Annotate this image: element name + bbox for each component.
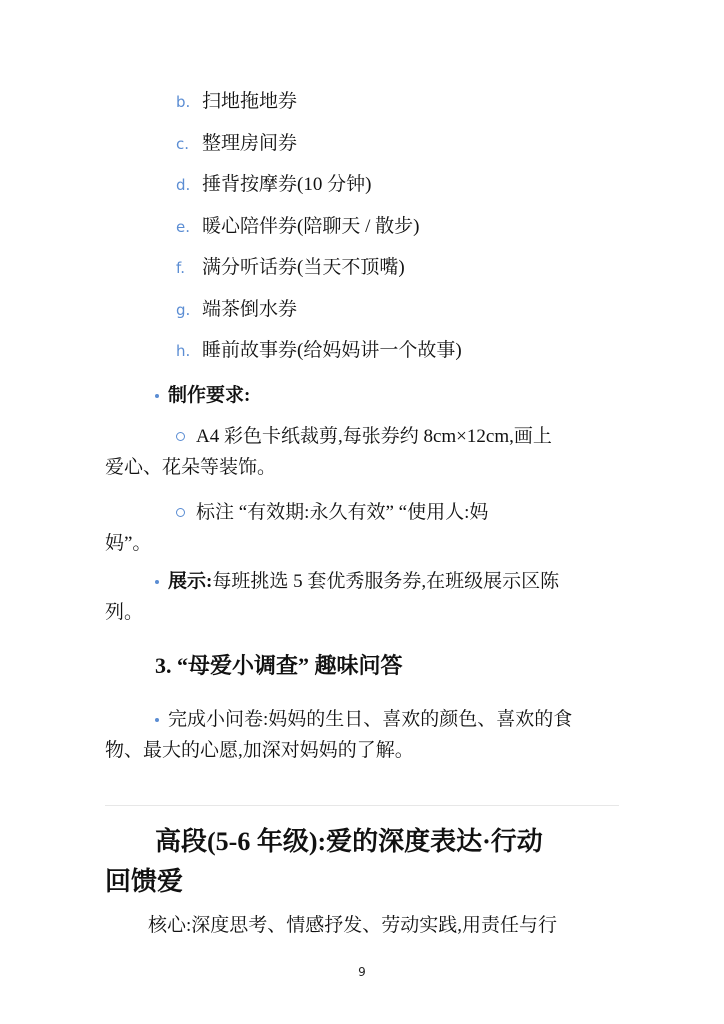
survey-bullet-line1: 完成小问卷:妈妈的生日、喜欢的颜色、喜欢的食	[155, 704, 619, 735]
display-bullet-line1: 展示:每班挑选 5 套优秀服务券,在班级展示区陈	[155, 566, 619, 597]
display-bullet-label: 展示:	[168, 571, 212, 592]
requirement-item-line1: A4 彩色卡纸裁剪,每张券约 8cm×12cm,画上	[176, 421, 619, 452]
list-item-text: 扫地拖地券	[202, 91, 297, 112]
list-item-text: 暖心陪伴券(陪聊天 / 散步)	[202, 216, 419, 237]
section-3-heading: 3. “母爱小调查” 趣味问答	[155, 649, 619, 683]
list-item-e: e.暖心陪伴券(陪聊天 / 散步)	[176, 211, 619, 243]
bullet-dot-icon	[155, 394, 159, 398]
list-item-text: 睡前故事券(给妈妈讲一个故事)	[202, 340, 462, 361]
list-item-b: b.扫地拖地券	[176, 86, 619, 118]
requirement-item-label: 标注 “有效期:永久有效” “使用人:妈 妈”。	[105, 497, 619, 559]
survey-bullet-text: 完成小问卷:妈妈的生日、喜欢的颜色、喜欢的食	[168, 709, 572, 730]
document-page: b.扫地拖地券 c.整理房间券 d.捶背按摩券(10 分钟) e.暖心陪伴券(陪…	[0, 0, 724, 1024]
list-marker-c: c.	[176, 129, 202, 160]
core-paragraph: 核心:深度思考、情感抒发、劳动实践,用责任与行	[148, 910, 619, 941]
requirement-item-card: A4 彩色卡纸裁剪,每张券约 8cm×12cm,画上 爱心、花朵等装饰。	[105, 421, 619, 483]
survey-bullet-item: 完成小问卷:妈妈的生日、喜欢的颜色、喜欢的食 物、最大的心愿,加深对妈妈的了解。	[105, 704, 619, 766]
section-divider	[105, 805, 619, 806]
requirement-item-line2: 爱心、花朵等装饰。	[105, 452, 619, 483]
page-number: 9	[0, 965, 724, 979]
bullet-dot-icon	[155, 718, 159, 722]
list-item-c: c.整理房间券	[176, 128, 619, 160]
requirement-item-line1: 标注 “有效期:永久有效” “使用人:妈	[176, 497, 619, 528]
circle-bullet-icon	[176, 432, 185, 441]
list-marker-d: d.	[176, 170, 202, 201]
list-marker-e: e.	[176, 212, 202, 243]
requirement-item-line2: 妈”。	[105, 528, 619, 559]
list-marker-f: f.	[176, 253, 202, 284]
display-bullet-line2: 列。	[105, 597, 619, 628]
circle-bullet-icon	[176, 508, 185, 517]
list-item-text: 整理房间券	[202, 133, 297, 154]
requirement-text: A4 彩色卡纸裁剪,每张券约 8cm×12cm,画上	[196, 426, 552, 447]
survey-bullet-line2: 物、最大的心愿,加深对妈妈的了解。	[105, 735, 619, 766]
list-item-text: 捶背按摩券(10 分钟)	[202, 174, 371, 195]
list-item-text: 端茶倒水券	[202, 299, 297, 320]
senior-grade-heading: 高段(5-6 年级):爱的深度表达·行动 回馈爱	[105, 822, 619, 902]
list-item-text: 满分听话券(当天不顶嘴)	[202, 257, 405, 278]
list-item-g: g.端茶倒水券	[176, 294, 619, 326]
senior-grade-heading-line2: 回馈爱	[105, 862, 619, 902]
list-item-d: d.捶背按摩券(10 分钟)	[176, 169, 619, 201]
making-requirements-text: 制作要求:	[168, 385, 250, 406]
bullet-dot-icon	[155, 580, 159, 584]
list-marker-b: b.	[176, 87, 202, 118]
making-requirements-label: 制作要求:	[155, 380, 619, 411]
display-bullet-text: 每班挑选 5 套优秀服务券,在班级展示区陈	[212, 571, 559, 592]
page-content: b.扫地拖地券 c.整理房间券 d.捶背按摩券(10 分钟) e.暖心陪伴券(陪…	[0, 0, 724, 941]
list-marker-g: g.	[176, 295, 202, 326]
list-item-h: h.睡前故事券(给妈妈讲一个故事)	[176, 335, 619, 367]
display-bullet-item: 展示:每班挑选 5 套优秀服务券,在班级展示区陈 列。	[105, 566, 619, 628]
list-marker-h: h.	[176, 336, 202, 367]
senior-grade-heading-line1: 高段(5-6 年级):爱的深度表达·行动	[155, 822, 619, 862]
requirement-text: 标注 “有效期:永久有效” “使用人:妈	[196, 502, 488, 523]
list-item-f: f.满分听话券(当天不顶嘴)	[176, 252, 619, 284]
